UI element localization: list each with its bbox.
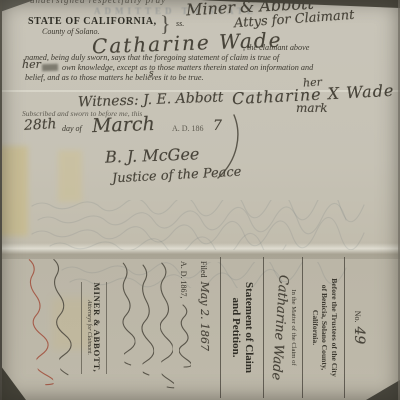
justice-title-script: Justice of the Peace: [112, 165, 242, 187]
ss-abbreviation: ss.: [176, 19, 184, 28]
docket-claimant-script: Catharine Wade: [267, 255, 292, 400]
filing-block: Filed May 2. 1867 A. D. 1867,: [118, 261, 215, 396]
mark-word-label: mark: [296, 101, 328, 115]
illegible-handwriting: [158, 261, 174, 389]
docket-rule: [264, 257, 265, 398]
case-number-label: No.: [353, 311, 362, 323]
docket-rule: [82, 282, 83, 374]
matter-caption: In the Matter of the Claim of: [291, 255, 298, 400]
docket-title-line: Statement of Claim: [243, 255, 256, 400]
illegible-handwriting: [120, 261, 138, 369]
court-name-block: Before the Trustees of the City of Benic…: [311, 255, 340, 400]
state-heading: STATE OF CALIFORNIA,: [28, 16, 157, 27]
paper-stain: [58, 150, 82, 202]
matter-block: In the Matter of the Claim of Catharine …: [273, 255, 298, 400]
law-firm-subtitle: Attorneys for Claimant.: [87, 255, 93, 400]
justice-signature-script: B. J. McGee: [105, 144, 200, 166]
docket-rule: [221, 257, 222, 398]
affidavit-line: own knowledge, except as to those matter…: [62, 63, 313, 72]
jurat-dayof-print: day of: [62, 124, 82, 133]
ink-strikeout: [42, 64, 58, 72]
bleedthrough-handwriting: [30, 200, 370, 250]
jurat-day-script: 28th: [24, 116, 57, 134]
fee-annotation-block: [28, 257, 70, 400]
witness-script: Witness: J. E. Abbott: [78, 89, 224, 110]
photo-edge: [0, 0, 34, 12]
docket-rule: [344, 257, 345, 398]
clerk-signature-script: [179, 303, 191, 369]
case-number-line: No. 49: [350, 255, 368, 400]
court-line: Before the Trustees of the City: [330, 255, 340, 400]
docket-rule: [107, 282, 108, 374]
affidavit-line: belief, and as to those matters he belie…: [25, 73, 204, 82]
docket-title-block: Statement of Claim and Petition.: [230, 255, 256, 400]
affidavit-line: , the claimant above: [243, 43, 309, 52]
clipped-petition-line: undersigned respectfully pray: [30, 0, 166, 5]
filed-ad-print: A. D. 1867,: [180, 261, 189, 299]
filed-label: Filed: [200, 261, 209, 277]
case-number-script: 49: [351, 326, 367, 344]
jurat-ad-print: A. D. 186: [172, 124, 204, 133]
docket-rule: [303, 257, 304, 398]
law-firm-name: MINER & ABBOTT,: [93, 255, 103, 400]
illegible-handwriting: [49, 257, 76, 380]
court-line: California.: [311, 255, 321, 400]
law-firm-block: MINER & ABBOTT, Attorneys for Claimant.: [87, 255, 103, 400]
photo-edge: [0, 0, 2, 400]
s-correction-script: s: [149, 69, 154, 79]
paper-stain: [0, 146, 28, 236]
court-line: of Benicia, Solano County,: [320, 255, 330, 400]
her-correction-script: her: [22, 58, 41, 71]
scanned-legal-document: undersigned respectfully pray ADMITTED T…: [0, 0, 400, 400]
filed-date-script: May 2. 1867: [199, 281, 212, 351]
illegible-handwriting: [139, 261, 155, 379]
docket-title-line: and Petition.: [230, 255, 243, 400]
jurat-month-script: March: [92, 113, 155, 137]
docket-panel: No. 49 Before the Trustees of the City o…: [2, 255, 396, 400]
affidavit-line: named, being duly sworn, says that the f…: [25, 53, 279, 62]
